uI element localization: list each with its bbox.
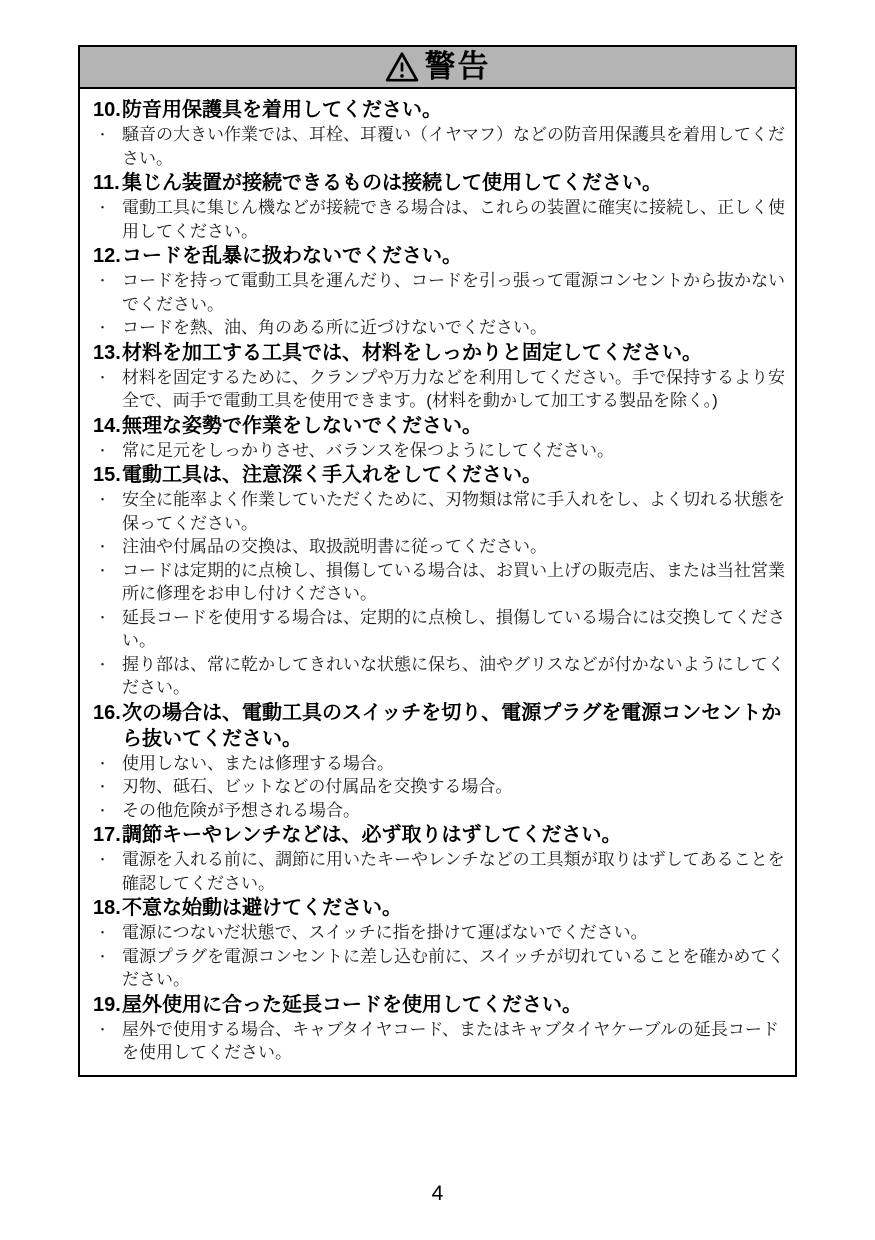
item-number: 16.	[93, 700, 122, 752]
warning-item-heading: 13.材料を加工する工具では、材料をしっかりと固定してください。	[93, 340, 787, 366]
item-heading-text: 集じん装置が接続できるものは接続して使用してください。	[122, 170, 787, 196]
bullet-text: 握り部は、常に乾かしてきれいな状態に保ち、油やグリスなどが付かないようにしてくだ…	[122, 653, 787, 700]
bullet-text: 屋外で使用する場合、キャブタイヤコード、またはキャブタイヤケーブルの延長コードを…	[122, 1018, 787, 1065]
manual-page: 警告 10.防音用保護具を着用してください。・騒音の大きい作業では、耳栓、耳覆い…	[0, 0, 875, 1240]
warning-item-bullet: ・その他危険が予想される場合。	[93, 799, 787, 823]
warning-item-bullet: ・刃物、砥石、ビットなどの付属品を交換する場合。	[93, 775, 787, 799]
item-number: 13.	[93, 340, 122, 366]
bullet-dot: ・	[93, 1018, 122, 1065]
item-number: 12.	[93, 243, 122, 269]
warning-item-heading: 12.コードを乱暴に扱わないでください。	[93, 243, 787, 269]
item-number: 15.	[93, 462, 122, 488]
warning-item-bullet: ・コードを熱、油、角のある所に近づけないでください。	[93, 316, 787, 340]
warning-item-bullet: ・握り部は、常に乾かしてきれいな状態に保ち、油やグリスなどが付かないようにしてく…	[93, 653, 787, 700]
bullet-text: 材料を固定するために、クランプや万力などを利用してください。手で保持するより安全…	[122, 366, 787, 413]
bullet-dot: ・	[93, 606, 122, 653]
bullet-dot: ・	[93, 848, 122, 895]
bullet-text: 電源を入れる前に、調節に用いたキーやレンチなどの工具類が取りはずしてあることを確…	[122, 848, 787, 895]
page-number: 4	[78, 1182, 797, 1206]
bullet-text: 騒音の大きい作業では、耳栓、耳覆い（イヤマフ）などの防音用保護具を着用してくださ…	[122, 123, 787, 170]
warning-item-bullet: ・延長コードを使用する場合は、定期的に点検し、損傷している場合には交換してくださ…	[93, 606, 787, 653]
warning-item-bullet: ・屋外で使用する場合、キャブタイヤコード、またはキャブタイヤケーブルの延長コード…	[93, 1018, 787, 1065]
bullet-text: その他危険が予想される場合。	[122, 799, 787, 823]
item-heading-text: 材料を加工する工具では、材料をしっかりと固定してください。	[122, 340, 787, 366]
item-heading-text: コードを乱暴に扱わないでください。	[122, 243, 787, 269]
warning-item-bullet: ・常に足元をしっかりさせ、バランスを保つようにしてください。	[93, 439, 787, 463]
warning-item-bullet: ・注油や付属品の交換は、取扱説明書に従ってください。	[93, 535, 787, 559]
item-number: 19.	[93, 992, 122, 1018]
bullet-text: 安全に能率よく作業していただくために、刃物類は常に手入れをし、よく切れる状態を保…	[122, 488, 787, 535]
item-heading-text: 防音用保護具を着用してください。	[122, 97, 787, 123]
bullet-text: コードを熱、油、角のある所に近づけないでください。	[122, 316, 787, 340]
item-number: 11.	[93, 170, 122, 196]
warning-item-bullet: ・騒音の大きい作業では、耳栓、耳覆い（イヤマフ）などの防音用保護具を着用してくだ…	[93, 123, 787, 170]
warning-item-bullet: ・電源につないだ状態で、スイッチに指を掛けて運ばないでください。	[93, 921, 787, 945]
bullet-dot: ・	[93, 488, 122, 535]
item-heading-text: 調節キーやレンチなどは、必ず取りはずしてください。	[122, 822, 787, 848]
warning-item-heading: 14.無理な姿勢で作業をしないでください。	[93, 413, 787, 439]
bullet-dot: ・	[93, 316, 122, 340]
warning-item-bullet: ・コードは定期的に点検し、損傷している場合は、お買い上げの販売店、または当社営業…	[93, 559, 787, 606]
warning-item-heading: 10.防音用保護具を着用してください。	[93, 97, 787, 123]
bullet-text: 電動工具に集じん機などが接続できる場合は、これらの装置に確実に接続し、正しく使用…	[122, 196, 787, 243]
bullet-dot: ・	[93, 439, 122, 463]
warning-section: 警告 10.防音用保護具を着用してください。・騒音の大きい作業では、耳栓、耳覆い…	[78, 45, 797, 1077]
bullet-dot: ・	[93, 653, 122, 700]
item-number: 10.	[93, 97, 122, 123]
warning-triangle-icon	[385, 51, 419, 83]
warning-title: 警告	[425, 51, 491, 84]
bullet-text: 使用しない、または修理する場合。	[122, 752, 787, 776]
item-heading-text: 電動工具は、注意深く手入れをしてください。	[122, 462, 787, 488]
warning-header-banner: 警告	[78, 45, 797, 89]
item-heading-text: 次の場合は、電動工具のスイッチを切り、電源プラグを電源コンセントから抜いてくださ…	[122, 700, 787, 752]
bullet-dot: ・	[93, 535, 122, 559]
bullet-text: 常に足元をしっかりさせ、バランスを保つようにしてください。	[122, 439, 787, 463]
warning-item-bullet: ・使用しない、または修理する場合。	[93, 752, 787, 776]
warning-item-heading: 11.集じん装置が接続できるものは接続して使用してください。	[93, 170, 787, 196]
bullet-dot: ・	[93, 269, 122, 316]
warning-item-heading: 15.電動工具は、注意深く手入れをしてください。	[93, 462, 787, 488]
bullet-dot: ・	[93, 799, 122, 823]
item-number: 17.	[93, 822, 122, 848]
warning-item-bullet: ・電源を入れる前に、調節に用いたキーやレンチなどの工具類が取りはずしてあることを…	[93, 848, 787, 895]
warning-item-heading: 18.不意な始動は避けてください。	[93, 895, 787, 921]
bullet-text: 電源につないだ状態で、スイッチに指を掛けて運ばないでください。	[122, 921, 787, 945]
warning-item-heading: 16.次の場合は、電動工具のスイッチを切り、電源プラグを電源コンセントから抜いて…	[93, 700, 787, 752]
bullet-text: 電源プラグを電源コンセントに差し込む前に、スイッチが切れていることを確かめてくだ…	[122, 945, 787, 992]
bullet-text: 延長コードを使用する場合は、定期的に点検し、損傷している場合には交換してください…	[122, 606, 787, 653]
warning-item-bullet: ・コードを持って電動工具を運んだり、コードを引っ張って電源コンセントから抜かない…	[93, 269, 787, 316]
bullet-text: 注油や付属品の交換は、取扱説明書に従ってください。	[122, 535, 787, 559]
bullet-dot: ・	[93, 123, 122, 170]
warning-item-bullet: ・電源プラグを電源コンセントに差し込む前に、スイッチが切れていることを確かめてく…	[93, 945, 787, 992]
warning-item-bullet: ・材料を固定するために、クランプや万力などを利用してください。手で保持するより安…	[93, 366, 787, 413]
bullet-dot: ・	[93, 366, 122, 413]
bullet-text: コードを持って電動工具を運んだり、コードを引っ張って電源コンセントから抜かないで…	[122, 269, 787, 316]
bullet-dot: ・	[93, 559, 122, 606]
item-number: 14.	[93, 413, 122, 439]
item-number: 18.	[93, 895, 122, 921]
bullet-dot: ・	[93, 945, 122, 992]
bullet-dot: ・	[93, 752, 122, 776]
bullet-text: 刃物、砥石、ビットなどの付属品を交換する場合。	[122, 775, 787, 799]
item-heading-text: 不意な始動は避けてください。	[122, 895, 787, 921]
bullet-dot: ・	[93, 775, 122, 799]
bullet-dot: ・	[93, 921, 122, 945]
bullet-dot: ・	[93, 196, 122, 243]
item-heading-text: 屋外使用に合った延長コードを使用してください。	[122, 992, 787, 1018]
item-heading-text: 無理な姿勢で作業をしないでください。	[122, 413, 787, 439]
warning-item-bullet: ・安全に能率よく作業していただくために、刃物類は常に手入れをし、よく切れる状態を…	[93, 488, 787, 535]
warning-items: 10.防音用保護具を着用してください。・騒音の大きい作業では、耳栓、耳覆い（イヤ…	[78, 89, 797, 1077]
warning-item-bullet: ・電動工具に集じん機などが接続できる場合は、これらの装置に確実に接続し、正しく使…	[93, 196, 787, 243]
warning-item-heading: 19.屋外使用に合った延長コードを使用してください。	[93, 992, 787, 1018]
bullet-text: コードは定期的に点検し、損傷している場合は、お買い上げの販売店、または当社営業所…	[122, 559, 787, 606]
warning-item-heading: 17.調節キーやレンチなどは、必ず取りはずしてください。	[93, 822, 787, 848]
